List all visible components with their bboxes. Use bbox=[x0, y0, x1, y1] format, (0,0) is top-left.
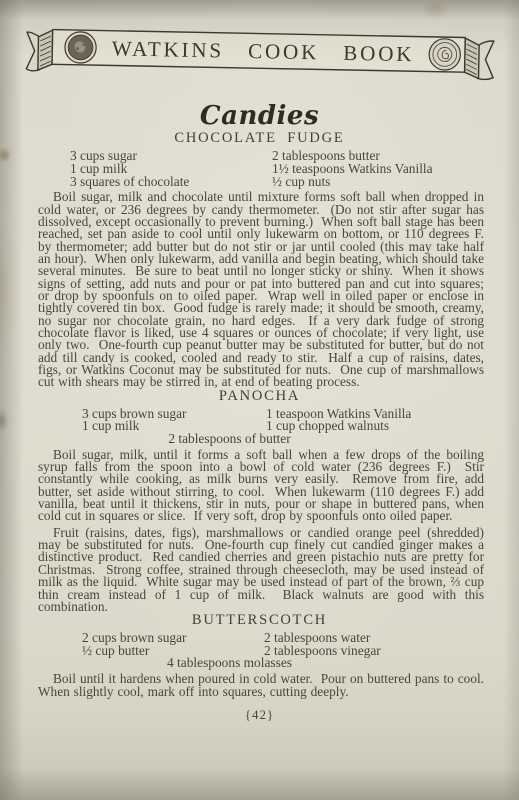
ingredient-item: ½ cup nuts bbox=[272, 176, 519, 189]
ingredient-item-centered: 4 tablespoons molasses bbox=[0, 657, 459, 670]
page-title: Candies bbox=[0, 101, 519, 131]
recipe-title: BUTTERSCOTCH bbox=[0, 613, 519, 628]
ingredients-list: 2 cups brown sugar 2 tablespoons water ½… bbox=[82, 632, 519, 657]
recipe-butterscotch: BUTTERSCOTCH 2 cups brown sugar 2 tables… bbox=[0, 613, 519, 698]
ingredients-list: 3 cups sugar 2 tablespoons butter 1 cup … bbox=[70, 150, 519, 188]
paper-stain-top-right bbox=[416, 0, 454, 24]
ribbon-tail-left bbox=[26, 32, 39, 71]
recipe-instructions: Boil sugar, milk, until it forms a soft … bbox=[38, 449, 484, 523]
recipe-instructions: Boil sugar, milk and chocolate until mix… bbox=[38, 191, 484, 389]
ingredient-item: 3 squares of chocolate bbox=[70, 176, 272, 189]
recipe-panocha: PANOCHA 3 cups brown sugar 1 teaspoon Wa… bbox=[0, 389, 519, 613]
recipe-chocolate-fudge: CHOCOLATE FUDGE 3 cups sugar 2 tablespoo… bbox=[0, 131, 519, 388]
watkins-seal-right-icon bbox=[428, 39, 460, 71]
ingredients-list: 3 cups brown sugar 1 teaspoon Watkins Va… bbox=[82, 408, 519, 433]
recipe-instructions: Boil until it hardens when poured in col… bbox=[38, 673, 484, 698]
recipe-title: PANOCHA bbox=[0, 389, 519, 404]
ingredient-item-centered: 2 tablespoons of butter bbox=[0, 433, 459, 446]
cookbook-page: WATKINS COOK BOOK Candies CHOCOLATE FUDG… bbox=[0, 0, 519, 800]
recipe-notes: Fruit (raisins, dates, figs), marshmallo… bbox=[38, 527, 484, 613]
ingredient-item: 2 tablespoons vinegar bbox=[264, 645, 519, 658]
recipe-title: CHOCOLATE FUDGE bbox=[0, 131, 519, 146]
ingredient-item: 1 cup chopped walnuts bbox=[266, 420, 519, 433]
watkins-seal-left-icon bbox=[64, 32, 96, 64]
banner-ribbon: WATKINS COOK BOOK bbox=[24, 17, 495, 98]
ribbon-fold-right bbox=[464, 38, 479, 79]
page-number: {42} bbox=[0, 707, 519, 723]
banner-ribbon-drawing: WATKINS COOK BOOK bbox=[24, 17, 495, 98]
